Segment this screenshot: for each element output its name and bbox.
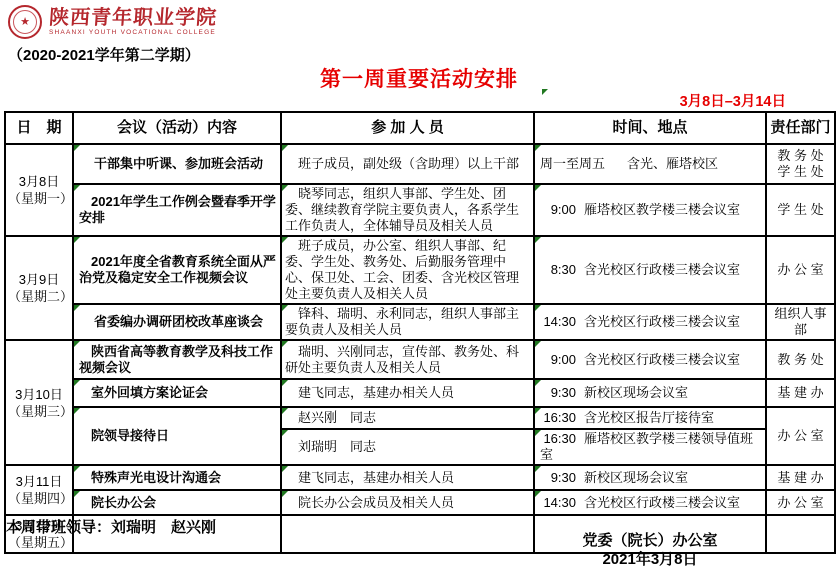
col-header-content: 会议（活动）内容 [73, 112, 281, 144]
comment-marker-icon [282, 466, 288, 472]
college-name-en: SHAANXI YOUTH VOCATIONAL COLLEGE [49, 29, 217, 36]
time-text: 14:30 [540, 314, 576, 330]
participants-cell [281, 515, 534, 553]
department-cell: 办 公 室 [766, 490, 835, 515]
time-place-cell: 9:00含光校区行政楼三楼会议室 [534, 340, 766, 379]
comment-marker-icon [535, 341, 541, 347]
time-place-cell: 8:30含光校区行政楼三楼会议室 [534, 236, 766, 304]
comment-marker-icon [74, 145, 80, 151]
place-text: 含光、雁塔校区 [627, 156, 718, 171]
time-text: 14:30 [540, 495, 576, 511]
participants-text: 建飞同志，基建办相关人员 [298, 470, 454, 485]
col-header-participants: 参 加 人 员 [281, 112, 534, 144]
comment-marker-icon [282, 237, 288, 243]
semester-label: （2020-2021学年第二学期） [8, 44, 200, 65]
comment-marker-icon [74, 185, 80, 191]
department-cell: 学 生 处 [766, 184, 835, 236]
activity-text: 干部集中听课、参加班会活动 [94, 156, 263, 171]
participants-text: 刘瑞明 同志 [298, 439, 376, 454]
participants-cell: 锋科、瑞明、永利同志，组织人事部主要负责人及相关人员 [281, 304, 534, 340]
table-row: 院领导接待日 赵兴刚 同志 16:30含光校区报告厅接待室 办 公 室 [5, 407, 835, 429]
place-text: 新校区现场会议室 [584, 470, 688, 485]
activity-cell: 特殊声光电设计沟通会 [73, 465, 281, 490]
college-logo: ★ 陕西青年职业学院 SHAANXI YOUTH VOCATIONAL COLL… [8, 5, 217, 39]
activity-cell: 2021年度全省教育系统全面从严治党及稳定安全工作视频会议 [73, 236, 281, 304]
table-row: 3月8日 （星期一） 干部集中听课、参加班会活动 班子成员，副处级（含助理）以上… [5, 144, 835, 184]
comment-marker-icon [74, 237, 80, 243]
time-text: 9:00 [540, 352, 576, 368]
participants-text: 班子成员，办公室、组织人事部、纪委、学生处、教务处、后勤服务管理中心、保卫处、工… [285, 238, 519, 301]
participants-cell: 赵兴刚 同志 [281, 407, 534, 429]
participants-text: 晓琴同志，组织人事部、学生处、团委、继续教育学院主要负责人，各系学生工作负责人，… [285, 186, 519, 233]
logo-text: 陕西青年职业学院 SHAANXI YOUTH VOCATIONAL COLLEG… [49, 8, 217, 36]
weekly-schedule-table: 日 期 会议（活动）内容 参 加 人 员 时间、地点 责任部门 3月8日 （星期… [4, 111, 836, 554]
time-place-cell: 周一至周五含光、雁塔校区 [534, 144, 766, 184]
comment-marker-icon [535, 305, 541, 311]
place-text: 含光校区行政楼三楼会议室 [584, 262, 740, 277]
date-cell-tue: 3月9日 （星期二） [5, 236, 73, 340]
participants-cell: 院长办公会成员及相关人员 [281, 490, 534, 515]
star-icon: ★ [20, 17, 30, 28]
participants-text: 锋科、瑞明、永利同志，组织人事部主要负责人及相关人员 [285, 306, 519, 337]
activity-cell: 省委编办调研团校改革座谈会 [73, 304, 281, 340]
date-cell-thu: 3月11日 （星期四） [5, 465, 73, 515]
time-text: 16:30 [540, 410, 576, 426]
activity-text: 特殊声光电设计沟通会 [91, 470, 221, 485]
activity-text: 室外回填方案论证会 [91, 385, 208, 400]
activity-cell: 2021年学生工作例会暨春季开学安排 [73, 184, 281, 236]
participants-cell: 建飞同志，基建办相关人员 [281, 465, 534, 490]
department-cell: 办 公 室 [766, 236, 835, 304]
date-cell-wed: 3月10日 （星期三） [5, 340, 73, 465]
comment-marker-icon [282, 305, 288, 311]
comment-marker-icon [535, 145, 541, 151]
table-row: 3月10日 （星期三） 陕西省高等教育教学及科技工作视频会议 瑞明、兴刚同志，宣… [5, 340, 835, 379]
comment-marker-icon [282, 380, 288, 386]
comment-marker-icon [282, 430, 288, 436]
col-header-date: 日 期 [5, 112, 73, 144]
comment-marker-icon [282, 145, 288, 151]
date-day: 3月11日 [8, 473, 70, 490]
activity-text: 2021年度全省教育系统全面从严治党及稳定安全工作视频会议 [79, 254, 276, 285]
activity-text: 陕西省高等教育教学及科技工作视频会议 [79, 344, 273, 375]
stray-comment-marker-icon [542, 89, 548, 95]
participants-cell: 刘瑞明 同志 [281, 429, 534, 465]
place-text: 含光校区行政楼三楼会议室 [584, 352, 740, 367]
participants-text: 院长办公会成员及相关人员 [298, 495, 454, 510]
time-place-cell: 16:30雁塔校区教学楼三楼领导值班室 [534, 429, 766, 465]
table-row: 3月11日 （星期四） 特殊声光电设计沟通会 建飞同志，基建办相关人员 9:30… [5, 465, 835, 490]
table-row: 2021年学生工作例会暨春季开学安排 晓琴同志，组织人事部、学生处、团委、继续教… [5, 184, 835, 236]
college-emblem-icon: ★ [8, 5, 42, 39]
comment-marker-icon [74, 380, 80, 386]
page-title: 第一周重要活动安排 [0, 63, 838, 93]
comment-marker-icon [282, 491, 288, 497]
time-place-cell: 9:00雁塔校区教学楼三楼会议室 [534, 184, 766, 236]
time-place-cell: 9:30新校区现场会议室 [534, 379, 766, 407]
department-cell [766, 515, 835, 553]
department-cell: 教 务 处 [766, 340, 835, 379]
date-day: 3月10日 [8, 386, 70, 403]
time-place-cell: 14:30含光校区行政楼三楼会议室 [534, 490, 766, 515]
col-header-department: 责任部门 [766, 112, 835, 144]
college-name-cn: 陕西青年职业学院 [48, 8, 217, 28]
table-row: 省委编办调研团校改革座谈会 锋科、瑞明、永利同志，组织人事部主要负责人及相关人员… [5, 304, 835, 340]
comment-marker-icon [535, 237, 541, 243]
time-text: 周一至周五 [540, 156, 605, 172]
time-text: 16:30 [540, 431, 576, 447]
comment-marker-icon [535, 466, 541, 472]
comment-marker-icon [74, 491, 80, 497]
comment-marker-icon [74, 408, 80, 414]
col-header-time-place: 时间、地点 [534, 112, 766, 144]
activity-text: 院长办公会 [91, 495, 156, 510]
time-place-cell: 16:30含光校区报告厅接待室 [534, 407, 766, 429]
activity-cell: 干部集中听课、参加班会活动 [73, 144, 281, 184]
department-cell: 教 务 处 学 生 处 [766, 144, 835, 184]
comment-marker-icon [535, 408, 541, 414]
comment-marker-icon [535, 380, 541, 386]
time-place-cell: 9:30新校区现场会议室 [534, 465, 766, 490]
activity-text: 院领导接待日 [91, 428, 169, 443]
participants-text: 赵兴刚 同志 [298, 410, 376, 425]
place-text: 新校区现场会议室 [584, 385, 688, 400]
issuer-office: 党委（院长）办公室 [545, 531, 755, 550]
date-weekday: （星期四） [8, 490, 70, 507]
participants-cell: 建飞同志，基建办相关人员 [281, 379, 534, 407]
date-day: 3月9日 [8, 271, 70, 288]
comment-marker-icon [74, 305, 80, 311]
activity-cell: 院领导接待日 [73, 407, 281, 465]
participants-text: 班子成员，副处级（含助理）以上干部 [298, 156, 519, 171]
time-text: 9:00 [540, 202, 576, 218]
department-cell: 基 建 办 [766, 465, 835, 490]
place-text: 含光校区行政楼三楼会议室 [584, 314, 740, 329]
time-text: 9:30 [540, 385, 576, 401]
time-place-cell: 14:30含光校区行政楼三楼会议室 [534, 304, 766, 340]
table-row: 室外回填方案论证会 建飞同志，基建办相关人员 9:30新校区现场会议室 基 建 … [5, 379, 835, 407]
date-weekday: （星期一） [8, 190, 70, 207]
place-text: 雁塔校区教学楼三楼会议室 [584, 202, 740, 217]
comment-marker-icon [282, 185, 288, 191]
activity-text: 省委编办调研团校改革座谈会 [94, 314, 263, 329]
date-cell-mon: 3月8日 （星期一） [5, 144, 73, 236]
table-header-row: 日 期 会议（活动）内容 参 加 人 员 时间、地点 责任部门 [5, 112, 835, 144]
participants-cell: 瑞明、兴刚同志，宣传部、教务处、科研处主要负责人及相关人员 [281, 340, 534, 379]
week-date-range: 3月8日–3月14日 [680, 90, 786, 111]
participants-text: 瑞明、兴刚同志，宣传部、教务处、科研处主要负责人及相关人员 [285, 344, 519, 375]
comment-marker-icon [282, 341, 288, 347]
comment-marker-icon [74, 341, 80, 347]
participants-text: 建飞同志，基建办相关人员 [298, 385, 454, 400]
activity-cell: 院长办公会 [73, 490, 281, 515]
participants-cell: 晓琴同志，组织人事部、学生处、团委、继续教育学院主要负责人，各系学生工作负责人，… [281, 184, 534, 236]
activity-text: 2021年学生工作例会暨春季开学安排 [79, 194, 276, 225]
date-day: 3月8日 [8, 173, 70, 190]
table-row: 院长办公会 院长办公会成员及相关人员 14:30含光校区行政楼三楼会议室 办 公… [5, 490, 835, 515]
date-weekday: （星期二） [8, 288, 70, 305]
comment-marker-icon [74, 466, 80, 472]
activity-cell: 陕西省高等教育教学及科技工作视频会议 [73, 340, 281, 379]
comment-marker-icon [535, 430, 541, 436]
activity-cell: 室外回填方案论证会 [73, 379, 281, 407]
participants-cell: 班子成员，副处级（含助理）以上干部 [281, 144, 534, 184]
table-row: 3月9日 （星期二） 2021年度全省教育系统全面从严治党及稳定安全工作视频会议… [5, 236, 835, 304]
place-text: 含光校区行政楼三楼会议室 [584, 495, 740, 510]
department-cell: 办 公 室 [766, 407, 835, 465]
date-weekday: （星期三） [8, 403, 70, 420]
issuer-block: 党委（院长）办公室 2021年3月8日 [545, 531, 755, 569]
participants-cell: 班子成员，办公室、组织人事部、纪委、学生处、教务处、后勤服务管理中心、保卫处、工… [281, 236, 534, 304]
time-text: 9:30 [540, 470, 576, 486]
department-cell: 基 建 办 [766, 379, 835, 407]
issue-date: 2021年3月8日 [545, 550, 755, 569]
duty-leaders-line: 本周带班领导：刘瑞明 赵兴刚 [6, 516, 216, 537]
place-text: 含光校区报告厅接待室 [584, 410, 714, 425]
comment-marker-icon [535, 185, 541, 191]
time-text: 8:30 [540, 262, 576, 278]
comment-marker-icon [282, 408, 288, 414]
comment-marker-icon [535, 491, 541, 497]
department-cell: 组织人事部 [766, 304, 835, 340]
